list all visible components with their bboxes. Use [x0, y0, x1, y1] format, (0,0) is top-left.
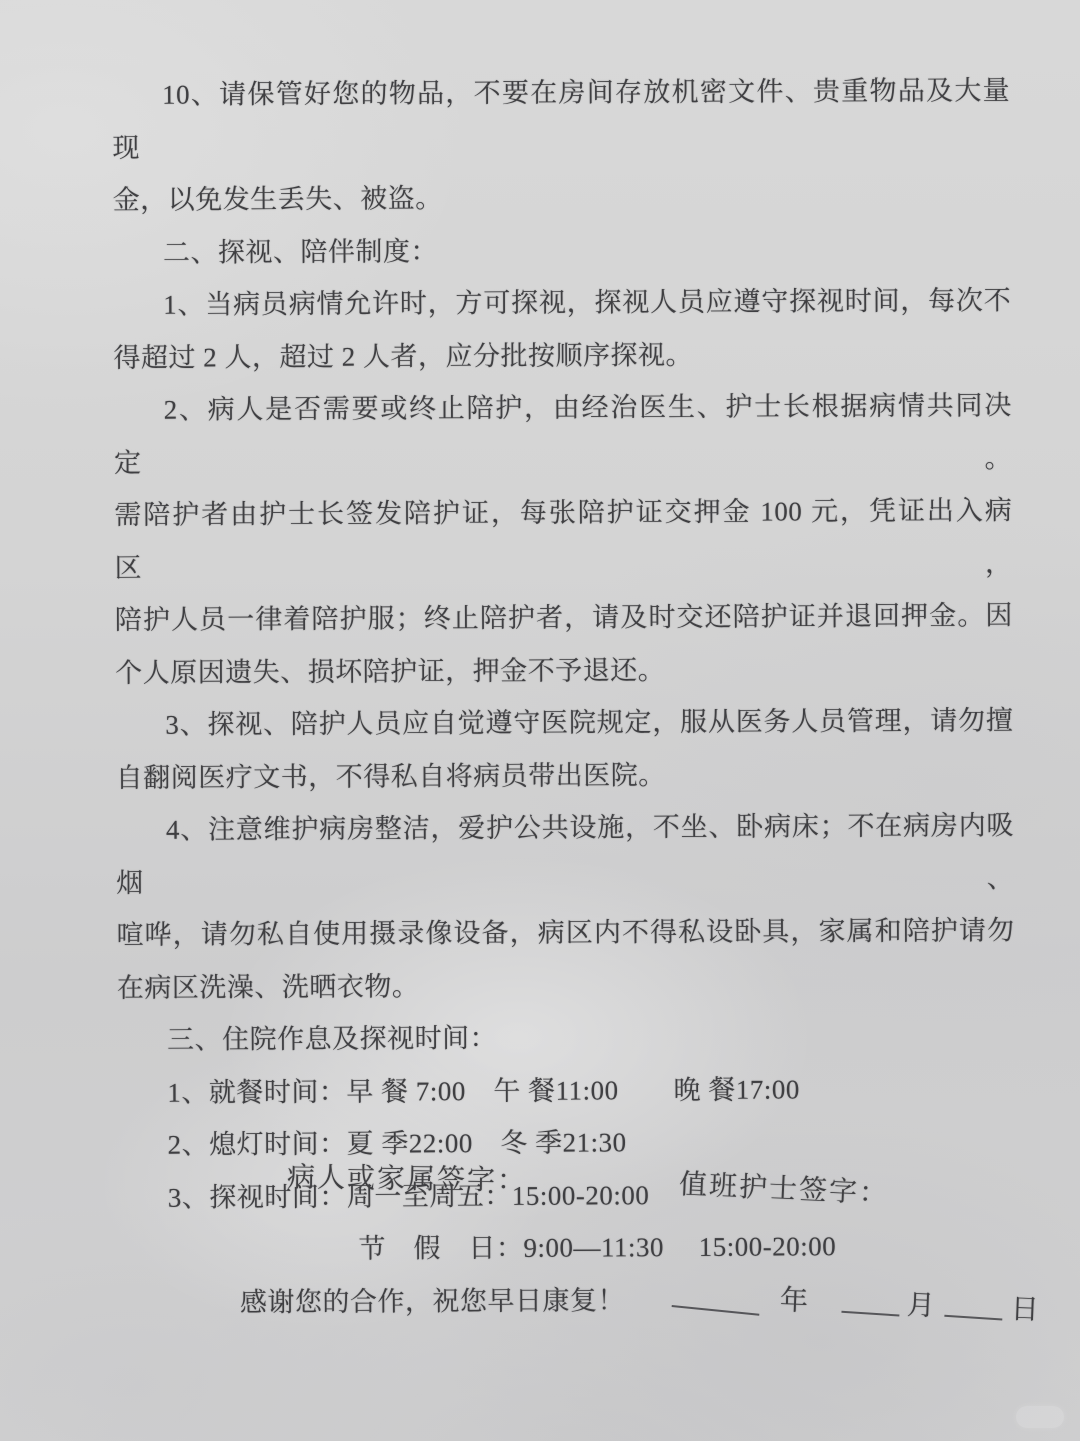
text-line: 1、就餐时间：早 餐 7:00 午 餐11:00 晚 餐17:00: [117, 1062, 1015, 1119]
text-line: 10、请保管好您的物品，不要在房间存放机密文件、贵重物品及大量现: [112, 64, 1011, 174]
text-line: 自翻阅医疗文书，不得私自将病员带出医院。: [116, 747, 1014, 804]
day-blank-line: [944, 1308, 1002, 1320]
document-body: 10、请保管好您的物品，不要在房间存放机密文件、贵重物品及大量现金，以免发生丢失…: [112, 64, 1017, 1329]
text-line: 得超过 2 人，超过 2 人者，应分批按顺序探视。: [113, 327, 1011, 384]
year-blank-line: [672, 1299, 760, 1316]
text-line: 1、当病员病情允许时，方可探视，探视人员应遵守探视时间，每次不: [113, 274, 1011, 331]
document-photo: 10、请保管好您的物品，不要在房间存放机密文件、贵重物品及大量现金，以免发生丢失…: [0, 0, 1080, 1441]
text-line: 金，以免发生丢失、被盗。: [113, 169, 1011, 226]
text-line: 2、熄灯时间：夏 季22:00 冬 季21:30: [117, 1114, 1015, 1171]
month-label: 月: [906, 1289, 935, 1324]
text-line: 4、注意维护病房整洁，爱护公共设施，不坐、卧病床；不在病房内吸烟、: [116, 799, 1015, 909]
patient-signature-label: 病人或家属签字：: [287, 1160, 528, 1200]
text-line: 三、住院作息及探视时间：: [117, 1009, 1015, 1066]
text-line: 在病区洗澡、洗晒衣物。: [117, 957, 1015, 1014]
year-label: 年: [779, 1284, 808, 1319]
text-line: 节 假 日：9:00—11:30 15:00-20:00: [118, 1219, 1016, 1276]
text-line: 需陪护者由护士长签发陪护证，每张陪护证交押金 100 元，凭证出入病区，: [114, 484, 1013, 594]
watermark: [1016, 1406, 1064, 1428]
day-label: 日: [1010, 1293, 1039, 1328]
text-line: 3、探视、陪护人员应自觉遵守医院规定，服从医务人员管理，请勿擅: [115, 694, 1013, 751]
text-line: 陪护人员一律着陪护服；终止陪护者，请及时交还陪护证并退回押金。因: [115, 589, 1013, 646]
text-line: 喧哗，请勿私自使用摄录像设备，病区内不得私设卧具，家属和陪护请勿: [116, 904, 1014, 961]
text-line: 个人原因遗失、损坏陪护证，押金不予退还。: [115, 642, 1013, 699]
text-line: 二、探视、陪伴制度：: [113, 222, 1011, 279]
text-line: 2、病人是否需要或终止陪护，由经治医生、护士长根据病情共同决定。: [114, 379, 1013, 489]
month-blank-line: [841, 1304, 899, 1316]
